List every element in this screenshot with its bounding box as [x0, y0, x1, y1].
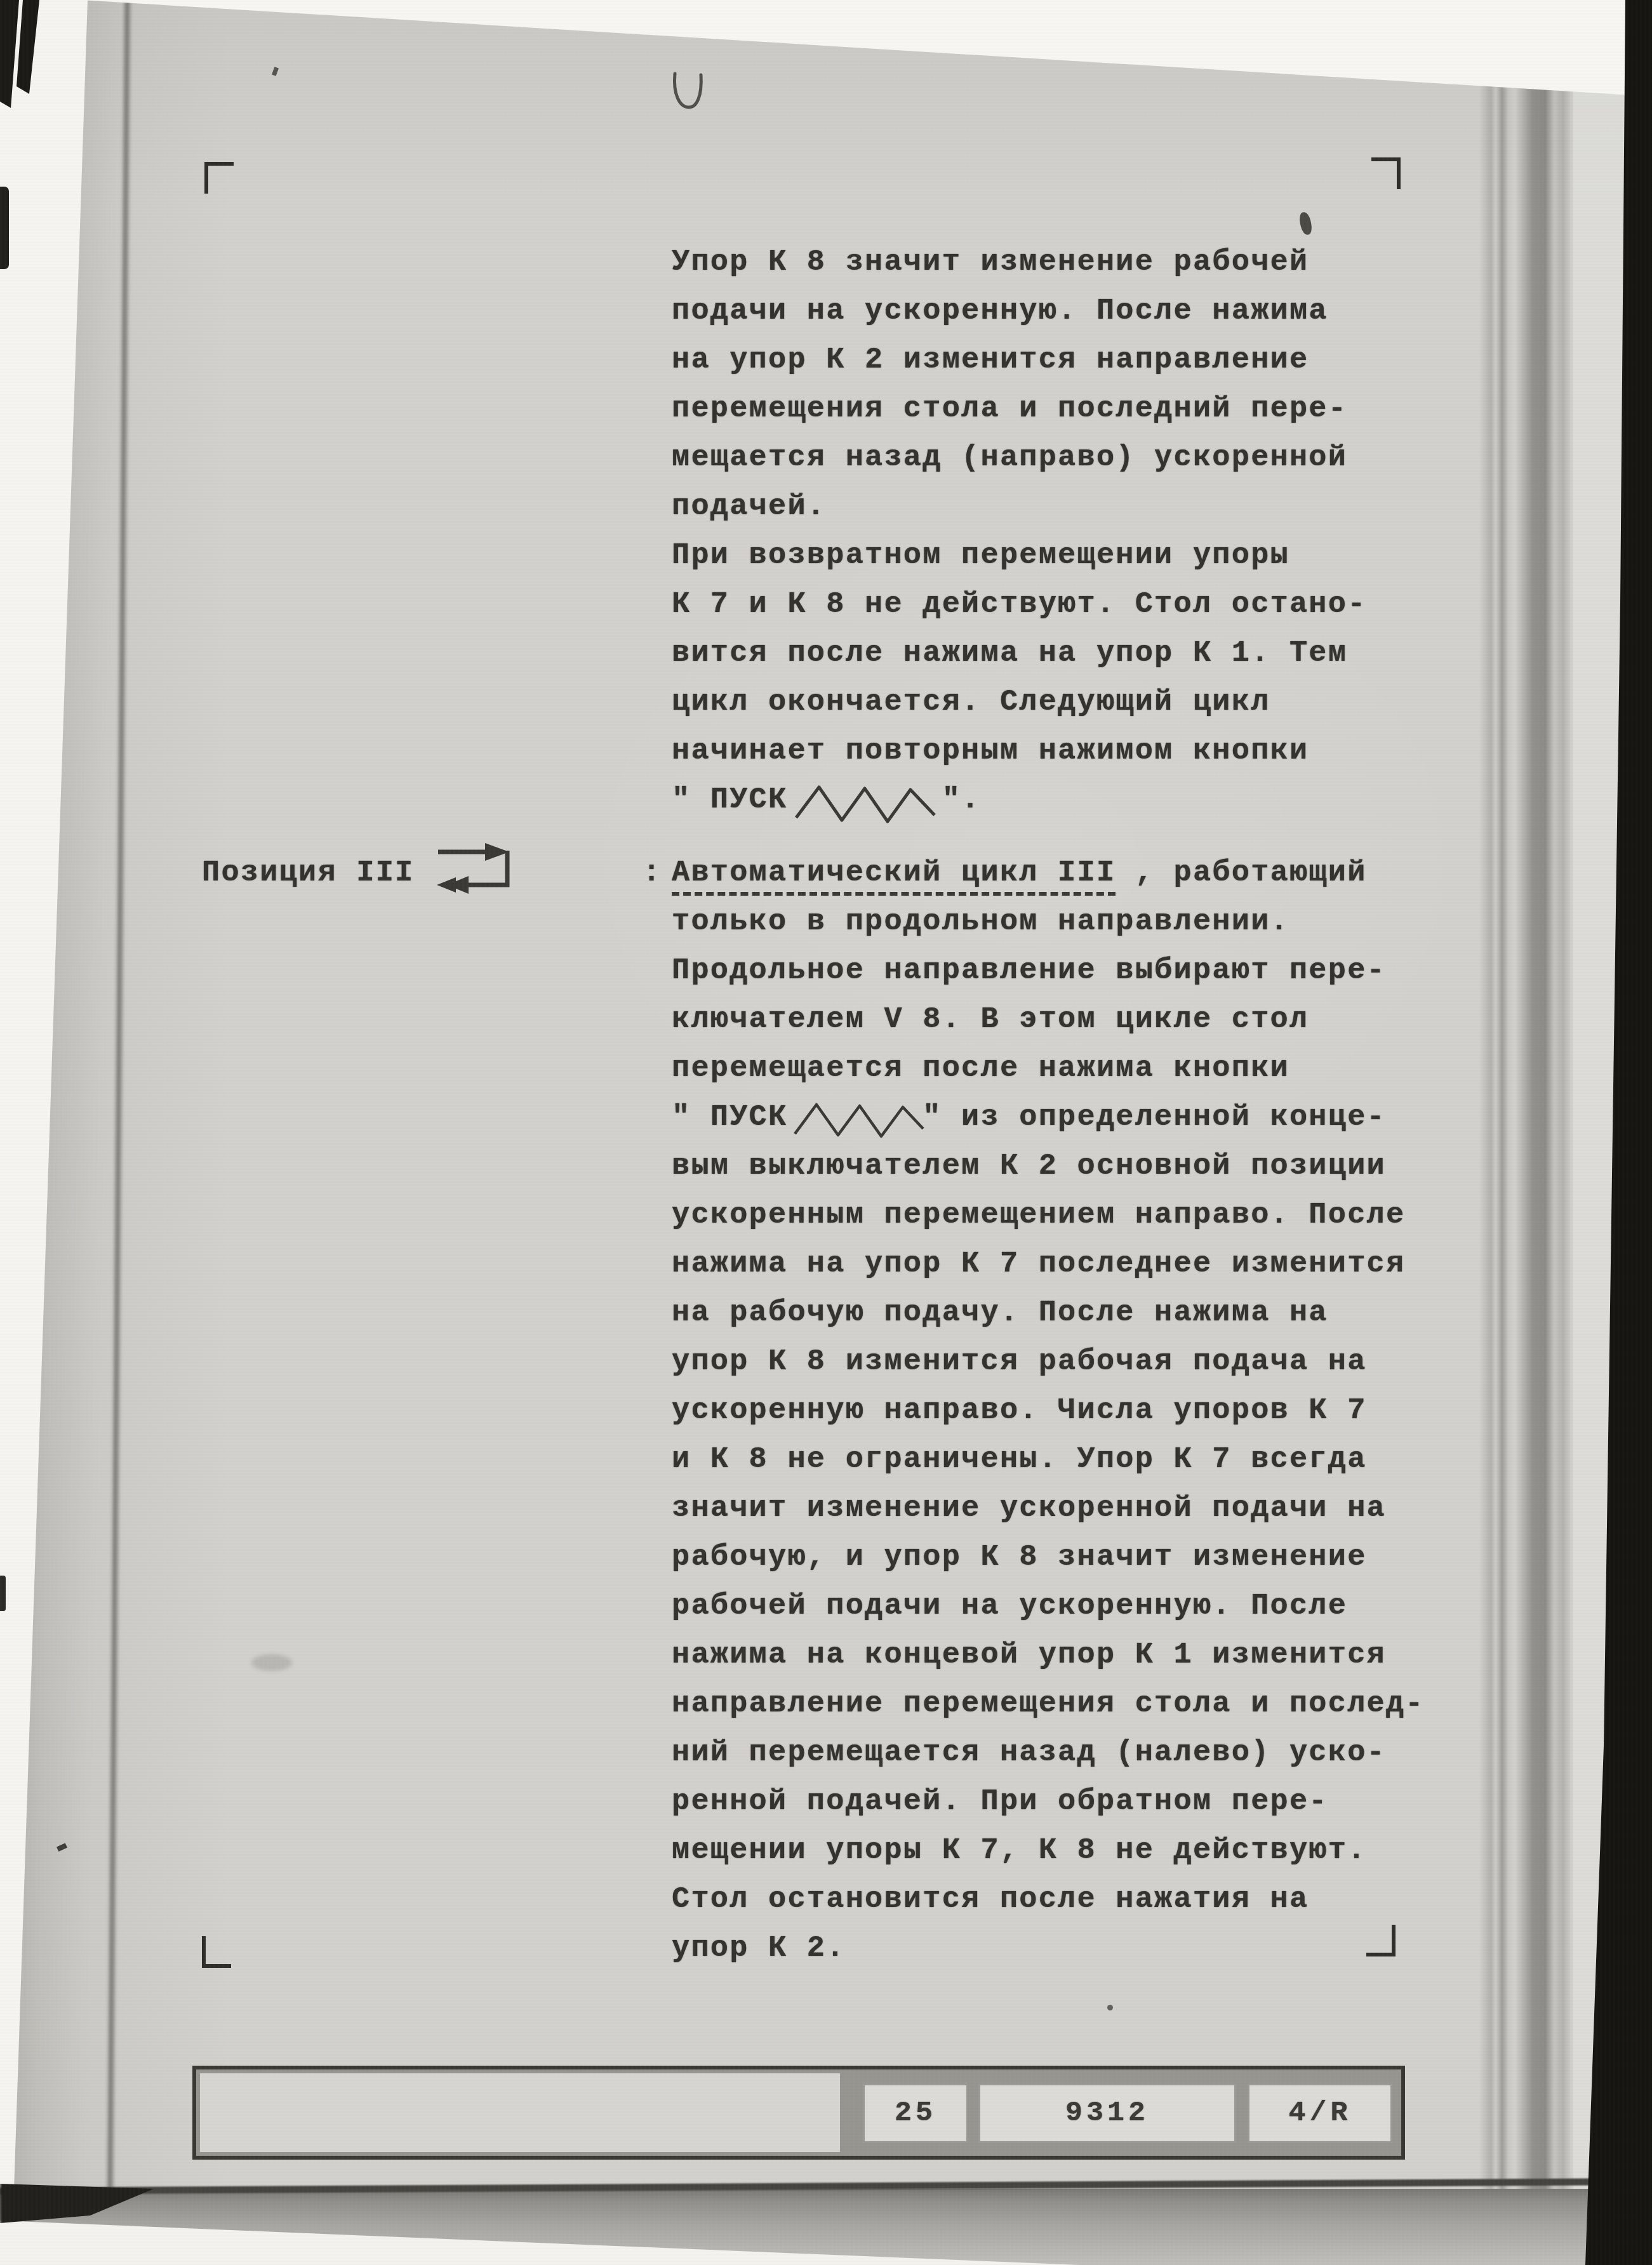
start-button-zigzag-icon: [794, 778, 941, 827]
footer-sheet-number: 4/R: [1248, 2083, 1392, 2143]
left-edge-black-strip: [0, 187, 9, 269]
label-colon: :: [643, 849, 662, 898]
corner-mark-top-right-icon: [1371, 157, 1401, 189]
corner-mark-bottom-left-icon: [202, 1936, 231, 1968]
start-button-zigzag-icon: [792, 1097, 927, 1141]
left-edge-black-strip-2: [0, 1576, 6, 1611]
footer-document-number: 9312: [978, 2083, 1236, 2143]
right-binding-streaks: [1479, 0, 1581, 2190]
scanned-document-page: Позиция III : Упор К 8 значит изменение …: [0, 0, 1652, 2265]
section-3-heading-rest: , работающий: [1116, 856, 1366, 890]
section-3-heading-line: Автоматический цикл III , работающий: [672, 849, 1367, 898]
faint-smudge: [251, 1654, 292, 1671]
cycle-u-turn-arrow-icon: [432, 835, 522, 896]
footer-empty-cell: [200, 2073, 840, 2152]
section-3-body: только в продольном направлении. Продоль…: [672, 898, 1425, 1973]
paragraph-2: При возвратном перемещении упоры К 7 и К…: [672, 531, 1367, 825]
section-3-underlined-title: Автоматический цикл III: [672, 856, 1116, 896]
handwritten-u-mark-icon: [672, 71, 705, 110]
ink-speck: [1107, 2005, 1113, 2010]
footer-page-number: 25: [863, 2083, 968, 2143]
corner-mark-top-left-icon: [204, 162, 234, 194]
paragraph-1: Упор К 8 значит изменение рабочей подачи…: [672, 238, 1347, 531]
footer-title-block: 25 9312 4/R: [192, 2066, 1405, 2160]
margin-position-label: Позиция III: [202, 849, 414, 898]
